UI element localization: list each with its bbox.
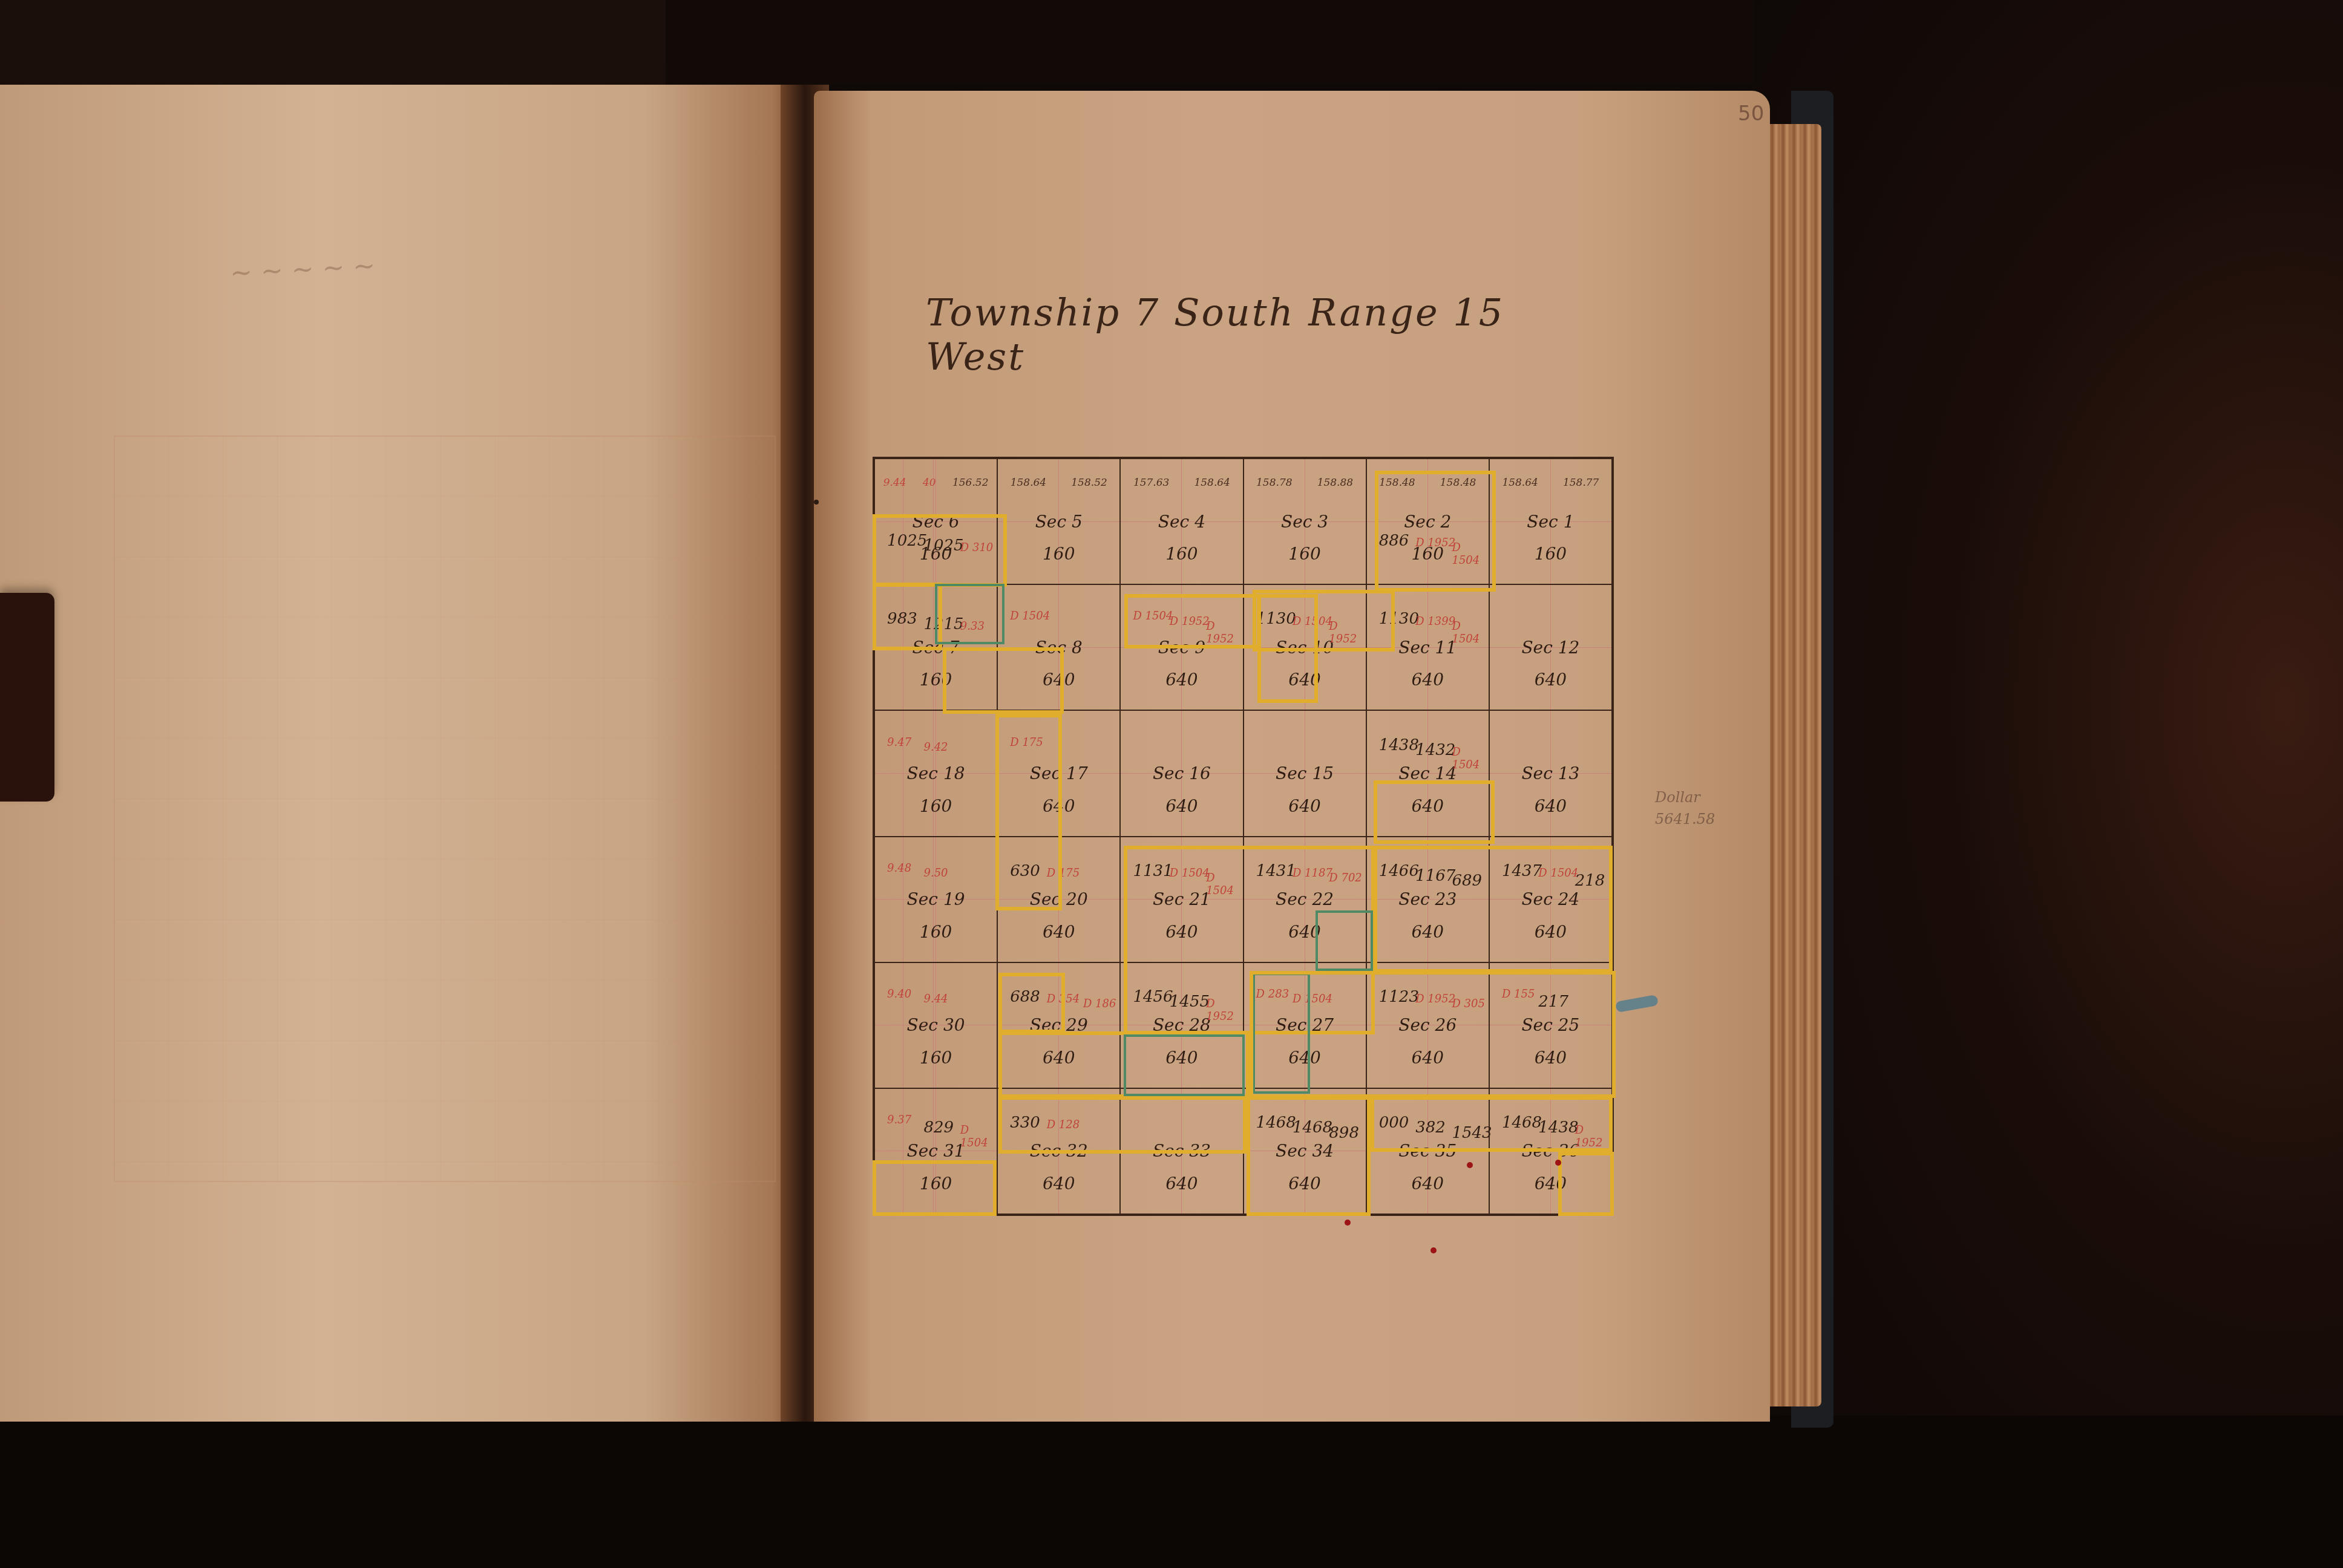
section-label: Sec 15 bbox=[1244, 763, 1366, 783]
entry-annotation: D 1952 bbox=[1206, 998, 1242, 1023]
section-label: Sec 18 bbox=[875, 763, 997, 783]
section-acreage: 160 bbox=[1490, 544, 1611, 564]
section-3: 158.78158.88Sec 3160 bbox=[1244, 459, 1366, 584]
section-acreage: 640 bbox=[1490, 922, 1611, 942]
section-label: Sec 17 bbox=[998, 763, 1119, 783]
section-acreage: 640 bbox=[1244, 922, 1366, 942]
entry-annotation: 9.44 bbox=[923, 993, 948, 1005]
entry-annotation: 1130 bbox=[1256, 610, 1296, 628]
section-26: Sec 266401123D 1952D 305 bbox=[1366, 962, 1489, 1088]
background-right bbox=[1755, 0, 2343, 1568]
entry-annotation: D 1952 bbox=[1415, 993, 1455, 1005]
section-acreage: 640 bbox=[998, 670, 1119, 690]
section-acreage: 640 bbox=[1367, 1174, 1489, 1194]
lot-acreage: 158.77 bbox=[1563, 477, 1599, 489]
section-label: Sec 34 bbox=[1244, 1141, 1366, 1161]
section-acreage: 640 bbox=[1490, 796, 1611, 816]
section-label: Sec 30 bbox=[875, 1015, 997, 1035]
entry-annotation: 688 bbox=[1010, 988, 1040, 1006]
section-19: Sec 191609.489.50 bbox=[874, 837, 997, 962]
entry-annotation: 9.50 bbox=[923, 867, 948, 880]
section-acreage: 640 bbox=[1490, 670, 1611, 690]
entry-annotation: 9.40 bbox=[887, 988, 911, 1001]
section-15: Sec 15640 bbox=[1244, 710, 1366, 836]
entry-annotation: 1455 bbox=[1170, 993, 1210, 1011]
entry-annotation: D 1952 bbox=[1170, 615, 1210, 628]
section-27: Sec 27640D 283D 1504 bbox=[1244, 962, 1366, 1088]
entry-annotation: 217 bbox=[1538, 993, 1568, 1011]
lot-acreage: 156.52 bbox=[952, 477, 988, 489]
entry-annotation: D 186 bbox=[1083, 998, 1116, 1010]
entry-annotation: 218 bbox=[1575, 872, 1605, 890]
section-acreage: 160 bbox=[998, 544, 1119, 564]
entry-annotation: 9.48 bbox=[887, 862, 911, 875]
entry-annotation: 9.33 bbox=[960, 620, 985, 633]
section-acreage: 640 bbox=[1121, 1048, 1242, 1068]
section-acreage: 640 bbox=[1367, 670, 1489, 690]
section-29: Sec 29640688D 354D 186 bbox=[997, 962, 1120, 1088]
section-28: Sec 2864014561455D 1952 bbox=[1120, 962, 1243, 1088]
entry-annotation: D 1504 bbox=[1538, 867, 1578, 880]
lot-acreage: 40 bbox=[923, 477, 936, 489]
entry-annotation: 1456 bbox=[1133, 988, 1173, 1006]
entry-annotation: 1466 bbox=[1379, 862, 1419, 880]
section-32: Sec 32640330D 128 bbox=[997, 1088, 1120, 1214]
entry-annotation: 1438 bbox=[1379, 736, 1419, 754]
red-dot bbox=[1430, 1247, 1437, 1253]
section-34: Sec 3464014681468898 bbox=[1244, 1088, 1366, 1214]
entry-annotation: D 175 bbox=[1010, 736, 1043, 749]
red-dot bbox=[1467, 1162, 1473, 1168]
township-plat-grid: 9.4440156.52Sec 616010251025D 310158.641… bbox=[873, 457, 1614, 1216]
entry-annotation: D 1504 bbox=[1452, 541, 1488, 567]
lot-acreage: 158.88 bbox=[1317, 477, 1353, 489]
lot-acreage: 158.64 bbox=[1011, 477, 1046, 489]
margin-note: Dollar 5641.58 bbox=[1655, 786, 1715, 830]
section-label: Sec 4 bbox=[1121, 512, 1242, 532]
section-label: Sec 19 bbox=[875, 889, 997, 909]
entry-annotation: 1025 bbox=[923, 537, 963, 555]
section-label: Sec 8 bbox=[998, 638, 1119, 658]
section-10: Sec 106401130D 1504D 1952 bbox=[1244, 584, 1366, 710]
entry-annotation: 1432 bbox=[1415, 741, 1455, 759]
section-label: Sec 29 bbox=[998, 1015, 1119, 1035]
section-label: Sec 16 bbox=[1121, 763, 1242, 783]
page-weight-block bbox=[0, 593, 54, 802]
entry-annotation: D 1504 bbox=[1170, 867, 1210, 880]
section-14: Sec 1464014381432D 1504 bbox=[1366, 710, 1489, 836]
entry-annotation: 1025 bbox=[887, 532, 927, 550]
section-acreage: 640 bbox=[1121, 796, 1242, 816]
section-36: Sec 3664014681438D 1952 bbox=[1489, 1088, 1612, 1214]
section-4: 157.63158.64Sec 4160 bbox=[1120, 459, 1243, 584]
margin-note-line-1: Dollar bbox=[1655, 786, 1715, 808]
section-label: Sec 35 bbox=[1367, 1141, 1489, 1161]
section-acreage: 160 bbox=[875, 670, 997, 690]
entry-annotation: D 1399 bbox=[1415, 615, 1455, 628]
section-label: Sec 1 bbox=[1490, 512, 1611, 532]
entry-annotation: D 1504 bbox=[1010, 610, 1050, 622]
north-lot-acreages: 157.63158.64 bbox=[1121, 477, 1242, 489]
section-1: 158.64158.77Sec 1160 bbox=[1489, 459, 1612, 584]
north-lot-acreages: 158.64158.52 bbox=[998, 477, 1119, 489]
section-18: Sec 181609.479.42 bbox=[874, 710, 997, 836]
lot-acreage: 158.64 bbox=[1194, 477, 1230, 489]
entry-annotation: 886 bbox=[1379, 532, 1409, 550]
north-lot-acreages: 158.64158.77 bbox=[1490, 477, 1611, 489]
section-33: Sec 33640 bbox=[1120, 1088, 1243, 1214]
plat-title: Township 7 South Range 15 West bbox=[926, 290, 1531, 379]
left-page-faint-frame bbox=[114, 436, 776, 1182]
north-lot-acreages: 9.4440156.52 bbox=[875, 477, 997, 489]
section-35: Sec 356400003821543 bbox=[1366, 1088, 1489, 1214]
section-acreage: 160 bbox=[875, 1048, 997, 1068]
section-label: Sec 2 bbox=[1367, 512, 1489, 532]
north-lot-acreages: 158.78158.88 bbox=[1244, 477, 1366, 489]
section-17: Sec 17640D 175 bbox=[997, 710, 1120, 836]
lot-acreage: 158.52 bbox=[1071, 477, 1107, 489]
entry-annotation: 1468 bbox=[1502, 1114, 1542, 1132]
section-9: Sec 9640D 1504D 1952D 1952 bbox=[1120, 584, 1243, 710]
margin-dot bbox=[814, 500, 819, 505]
entry-annotation: 9.42 bbox=[923, 741, 948, 754]
entry-annotation: D 1504 bbox=[1133, 610, 1173, 622]
entry-annotation: D 1952 bbox=[1329, 620, 1365, 645]
section-acreage: 640 bbox=[1244, 796, 1366, 816]
entry-annotation: D 702 bbox=[1329, 872, 1362, 884]
section-acreage: 640 bbox=[1490, 1048, 1611, 1068]
entry-annotation: 983 bbox=[887, 610, 917, 628]
lot-acreage: 158.48 bbox=[1379, 477, 1415, 489]
section-acreage: 640 bbox=[1367, 922, 1489, 942]
section-8: Sec 8640D 1504 bbox=[997, 584, 1120, 710]
section-acreage: 640 bbox=[998, 1048, 1119, 1068]
entry-annotation: 898 bbox=[1329, 1124, 1359, 1142]
entry-annotation: 1123 bbox=[1379, 988, 1419, 1006]
section-label: Sec 6 bbox=[875, 512, 997, 532]
entry-annotation: 382 bbox=[1415, 1119, 1446, 1137]
red-dot bbox=[1555, 1160, 1561, 1166]
section-acreage: 160 bbox=[875, 796, 997, 816]
section-23: Sec 2364014661167689 bbox=[1366, 837, 1489, 962]
entry-annotation: D 1952 bbox=[1206, 620, 1242, 645]
entry-annotation: D 155 bbox=[1502, 988, 1535, 1001]
lot-acreage: 157.63 bbox=[1133, 477, 1169, 489]
section-7: Sec 716098312159.33 bbox=[874, 584, 997, 710]
entry-annotation: 1130 bbox=[1379, 610, 1419, 628]
red-dot bbox=[1345, 1220, 1351, 1226]
entry-annotation: D 305 bbox=[1452, 998, 1485, 1010]
section-acreage: 640 bbox=[1367, 1048, 1489, 1068]
entry-annotation: 1167 bbox=[1415, 867, 1455, 885]
entry-annotation: 000 bbox=[1379, 1114, 1409, 1132]
section-acreage: 640 bbox=[1121, 1174, 1242, 1194]
entry-annotation: D 1952 bbox=[1575, 1124, 1611, 1149]
entry-annotation: D 1504 bbox=[960, 1124, 997, 1149]
section-label: Sec 12 bbox=[1490, 638, 1611, 658]
section-acreage: 160 bbox=[1121, 544, 1242, 564]
north-lot-acreages: 158.48158.48 bbox=[1367, 477, 1489, 489]
entry-annotation: D 128 bbox=[1047, 1119, 1080, 1131]
lot-acreage: 158.48 bbox=[1440, 477, 1476, 489]
page-number: 50 bbox=[1738, 102, 1764, 126]
entry-annotation: 330 bbox=[1010, 1114, 1040, 1132]
section-label: Sec 7 bbox=[875, 638, 997, 658]
section-24: Sec 246401437D 1504218 bbox=[1489, 837, 1612, 962]
section-30: Sec 301609.409.44 bbox=[874, 962, 997, 1088]
section-2: 158.48158.48Sec 2160886D 1952D 1504 bbox=[1366, 459, 1489, 584]
section-20: Sec 20640630D 175 bbox=[997, 837, 1120, 962]
entry-annotation: 1468 bbox=[1293, 1119, 1332, 1137]
entry-annotation: 829 bbox=[923, 1119, 954, 1137]
section-6: 9.4440156.52Sec 616010251025D 310 bbox=[874, 459, 997, 584]
section-22: Sec 226401431D 1187D 702 bbox=[1244, 837, 1366, 962]
section-acreage: 640 bbox=[1121, 922, 1242, 942]
section-acreage: 640 bbox=[1367, 796, 1489, 816]
entry-annotation: 1438 bbox=[1538, 1119, 1578, 1137]
section-16: Sec 16640 bbox=[1120, 710, 1243, 836]
entry-annotation: D 310 bbox=[960, 541, 994, 554]
section-label: Sec 33 bbox=[1121, 1141, 1242, 1161]
section-12: Sec 12640 bbox=[1489, 584, 1612, 710]
entry-annotation: 1543 bbox=[1452, 1124, 1492, 1142]
section-acreage: 640 bbox=[998, 922, 1119, 942]
section-21: Sec 216401131D 1504D 1504 bbox=[1120, 837, 1243, 962]
lot-acreage: 9.44 bbox=[883, 477, 906, 489]
section-5: 158.64158.52Sec 5160 bbox=[997, 459, 1120, 584]
entry-annotation: D 1504 bbox=[1293, 615, 1332, 628]
section-label: Sec 27 bbox=[1244, 1015, 1366, 1035]
section-label: Sec 3 bbox=[1244, 512, 1366, 532]
section-acreage: 640 bbox=[1244, 1174, 1366, 1194]
margin-note-line-2: 5641.58 bbox=[1655, 808, 1715, 830]
section-acreage: 640 bbox=[1244, 670, 1366, 690]
section-acreage: 640 bbox=[998, 796, 1119, 816]
section-acreage: 160 bbox=[1244, 544, 1366, 564]
background-bottom bbox=[0, 1416, 2343, 1568]
section-25: Sec 25640D 155217 bbox=[1489, 962, 1612, 1088]
section-acreage: 160 bbox=[875, 922, 997, 942]
lot-acreage: 158.78 bbox=[1256, 477, 1292, 489]
section-13: Sec 13640 bbox=[1489, 710, 1612, 836]
entry-annotation: 630 bbox=[1010, 862, 1040, 880]
section-label: Sec 13 bbox=[1490, 763, 1611, 783]
section-acreage: 640 bbox=[998, 1174, 1119, 1194]
section-acreage: 640 bbox=[1490, 1174, 1611, 1194]
section-11: Sec 116401130D 1399D 1504 bbox=[1366, 584, 1489, 710]
entry-annotation: 9.47 bbox=[887, 736, 911, 749]
entry-annotation: 9.37 bbox=[887, 1114, 911, 1126]
entry-annotation: D 1504 bbox=[1206, 872, 1242, 897]
lot-acreage: 158.64 bbox=[1502, 477, 1538, 489]
section-acreage: 640 bbox=[1121, 670, 1242, 690]
entry-annotation: 1437 bbox=[1502, 862, 1542, 880]
section-label: Sec 25 bbox=[1490, 1015, 1611, 1035]
entry-annotation: D 1187 bbox=[1293, 867, 1332, 880]
section-31: Sec 311609.37829D 1504 bbox=[874, 1088, 997, 1214]
section-label: Sec 26 bbox=[1367, 1015, 1489, 1035]
entry-annotation: 1431 bbox=[1256, 862, 1296, 880]
section-label: Sec 24 bbox=[1490, 889, 1611, 909]
entry-annotation: 1468 bbox=[1256, 1114, 1296, 1132]
entry-annotation: D 1504 bbox=[1452, 746, 1488, 771]
section-label: Sec 32 bbox=[998, 1141, 1119, 1161]
entry-annotation: D 1952 bbox=[1415, 537, 1455, 549]
section-acreage: 640 bbox=[1244, 1048, 1366, 1068]
entry-annotation: 1215 bbox=[923, 615, 963, 633]
section-label: Sec 23 bbox=[1367, 889, 1489, 909]
entry-annotation: D 1504 bbox=[1452, 620, 1488, 645]
entry-annotation: D 354 bbox=[1047, 993, 1080, 1005]
entry-annotation: D 1504 bbox=[1293, 993, 1332, 1005]
entry-annotation: D 175 bbox=[1047, 867, 1080, 880]
section-acreage: 160 bbox=[875, 1174, 997, 1194]
entry-annotation: 1131 bbox=[1133, 862, 1173, 880]
entry-annotation: D 283 bbox=[1256, 988, 1289, 1001]
section-label: Sec 22 bbox=[1244, 889, 1366, 909]
section-label: Sec 5 bbox=[998, 512, 1119, 532]
entry-annotation: 689 bbox=[1452, 872, 1482, 890]
section-label: Sec 20 bbox=[998, 889, 1119, 909]
